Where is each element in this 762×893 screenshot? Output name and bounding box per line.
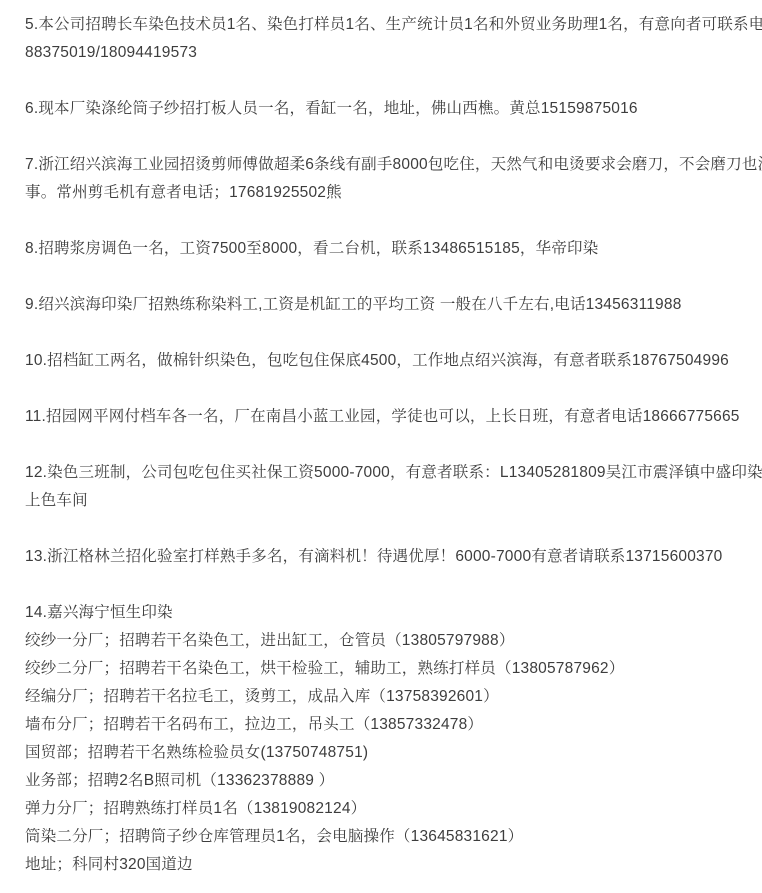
job-posting-paragraph: 9.绍兴滨海印染厂招熟练称染料工,工资是机缸工的平均工资 一般在八千左右,电话1…	[25, 291, 738, 319]
text-line: 9.绍兴滨海印染厂招熟练称染料工,工资是机缸工的平均工资 一般在八千左右,电话1…	[25, 291, 738, 319]
text-line: 地址；科同村320国道边	[25, 851, 738, 879]
text-line: 5.本公司招聘长车染色技术员1名、染色打样员1名、生产统计员1名和外贸业务助理1…	[25, 11, 738, 39]
text-line: 绞纱二分厂；招聘若干名染色工，烘干检验工，辅助工，熟练打样员（138057879…	[25, 655, 738, 683]
text-line: 13.浙江格林兰招化验室打样熟手多名，有滴料机！待遇优厚！6000-7000有意…	[25, 543, 738, 571]
text-line: 10.招档缸工两名，做棉针织染色，包吃包住保底4500，工作地点绍兴滨海，有意者…	[25, 347, 738, 375]
text-line: 墙布分厂；招聘若干名码布工，拉边工，吊头工（13857332478）	[25, 711, 738, 739]
job-posting-paragraph: 12.染色三班制，公司包吃包住买社保工资5000-7000，有意者联系：L134…	[25, 459, 738, 515]
text-line: 88375019/18094419573	[25, 39, 738, 67]
text-line: 8.招聘浆房调色一名，工资7500至8000，看二台机，联系1348651518…	[25, 235, 738, 263]
text-line: 11.招园网平网付档车各一名，厂在南昌小蓝工业园，学徒也可以，上长日班，有意者电…	[25, 403, 738, 431]
text-line: 绞纱一分厂；招聘若干名染色工，进出缸工，仓管员（13805797988）	[25, 627, 738, 655]
job-postings-document: 5.本公司招聘长车染色技术员1名、染色打样员1名、生产统计员1名和外贸业务助理1…	[0, 0, 762, 893]
text-line: 弹力分厂；招聘熟练打样员1名（13819082124）	[25, 795, 738, 823]
text-line: 国贸部；招聘若干名熟练检验员女(13750748751)	[25, 739, 738, 767]
text-line: 14.嘉兴海宁恒生印染	[25, 599, 738, 627]
job-posting-paragraph: 7.浙江绍兴滨海工业园招烫剪师傅做超柔6条线有副手8000包吃住，天然气和电烫要…	[25, 151, 738, 207]
text-line: 筒染二分厂；招聘筒子纱仓库管理员1名，会电脑操作（13645831621）	[25, 823, 738, 851]
text-line: 上色车间	[25, 487, 738, 515]
job-posting-paragraph: 10.招档缸工两名，做棉针织染色，包吃包住保底4500，工作地点绍兴滨海，有意者…	[25, 347, 738, 375]
text-line: 事。常州剪毛机有意者电话；17681925502熊	[25, 179, 738, 207]
text-line: 12.染色三班制，公司包吃包住买社保工资5000-7000，有意者联系：L134…	[25, 459, 738, 487]
job-posting-paragraph: 13.浙江格林兰招化验室打样熟手多名，有滴料机！待遇优厚！6000-7000有意…	[25, 543, 738, 571]
job-posting-paragraph: 5.本公司招聘长车染色技术员1名、染色打样员1名、生产统计员1名和外贸业务助理1…	[25, 11, 738, 67]
text-line: 7.浙江绍兴滨海工业园招烫剪师傅做超柔6条线有副手8000包吃住，天然气和电烫要…	[25, 151, 738, 179]
job-posting-paragraph: 14.嘉兴海宁恒生印染绞纱一分厂；招聘若干名染色工，进出缸工，仓管员（13805…	[25, 599, 738, 879]
text-line: 6.现本厂染涤纶筒子纱招打板人员一名，看缸一名，地址，佛山西樵。黄总151598…	[25, 95, 738, 123]
job-posting-paragraph: 11.招园网平网付档车各一名，厂在南昌小蓝工业园，学徒也可以，上长日班，有意者电…	[25, 403, 738, 431]
document-body: 5.本公司招聘长车染色技术员1名、染色打样员1名、生产统计员1名和外贸业务助理1…	[25, 11, 738, 879]
job-posting-paragraph: 8.招聘浆房调色一名，工资7500至8000，看二台机，联系1348651518…	[25, 235, 738, 263]
text-line: 业务部；招聘2名B照司机（13362378889 ）	[25, 767, 738, 795]
job-posting-paragraph: 6.现本厂染涤纶筒子纱招打板人员一名，看缸一名，地址，佛山西樵。黄总151598…	[25, 95, 738, 123]
text-line: 经编分厂；招聘若干名拉毛工，烫剪工，成品入库（13758392601）	[25, 683, 738, 711]
